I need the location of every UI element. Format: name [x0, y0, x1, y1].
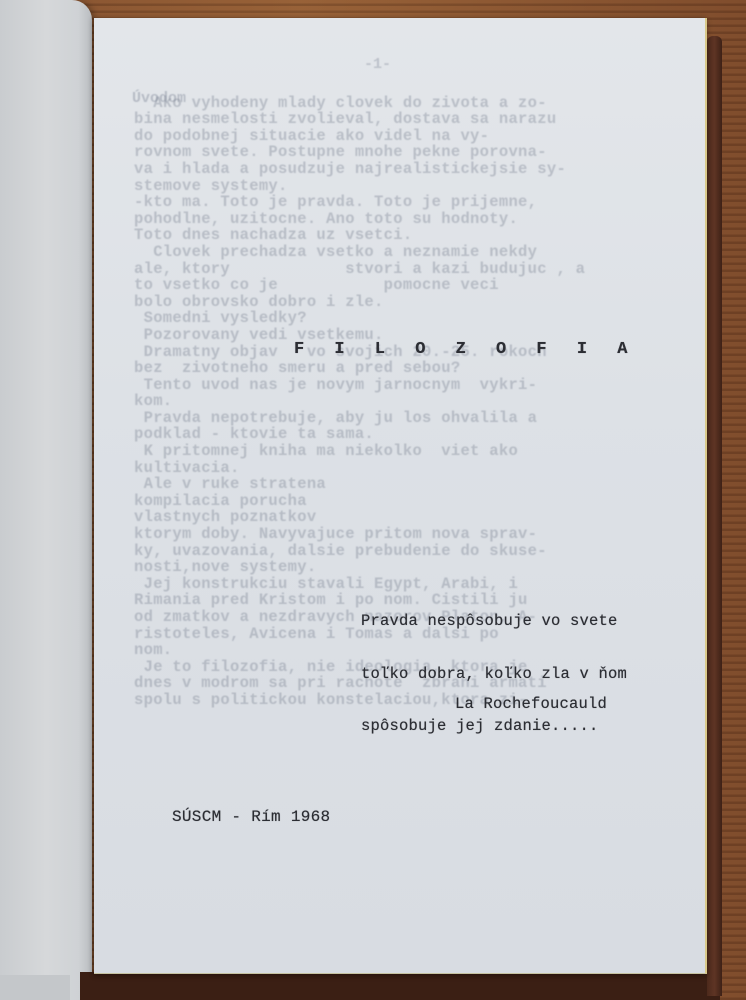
document-title: F I L O Z O F I A	[294, 340, 637, 359]
bleed-through-line: podklad - ktovie ta sama.	[134, 426, 694, 443]
bleed-through-line: to vsetko co je pomocne veci	[134, 277, 694, 294]
bleed-through-line: -kto ma. Toto je pravda. Toto je prijemn…	[134, 194, 694, 211]
epigraph: Pravda nespôsobuje vo svete toľko dobra,…	[361, 578, 627, 771]
epigraph-line: toľko dobra, koľko zla v ňom	[361, 666, 627, 684]
bleed-through-line: ale, ktory stvori a kazi budujuc , a	[134, 261, 694, 278]
bleed-through-line	[134, 78, 694, 95]
bleed-through-line: Clovek prechadza vsetko a neznamie nekdy	[134, 244, 694, 261]
document-page: -1- Úvodom Ako vyhodeny mlady clovek do …	[94, 18, 707, 974]
bleed-through-line: rovnom svete. Postupne mnohe pekne porov…	[134, 144, 694, 161]
bleed-through-line: Tento uvod nas je novym jarnocnym vykri-	[134, 377, 694, 394]
bleed-through-line: kompilacia porucha	[134, 493, 694, 510]
previous-page-corner	[0, 975, 70, 1000]
bleed-through-line: Pravda nepotrebuje, aby ju los ohvalila …	[134, 410, 694, 427]
bleed-through-line: bez zivotneho smeru a pred sebou?	[134, 360, 694, 377]
bleed-through-line: Ale v ruke stratena	[134, 476, 694, 493]
bleed-through-line: bina nesmelosti zvolieval, dostava sa na…	[134, 111, 694, 128]
epigraph-line: spôsobuje jej zdanie.....	[361, 718, 627, 736]
book-cover-edge	[707, 36, 722, 996]
bleed-through-line: stemove systemy.	[134, 178, 694, 195]
bleed-through-line: kultivacia.	[134, 460, 694, 477]
imprint: SÚSCM - Rím 1968	[172, 808, 330, 826]
bleed-through-line: Somedni vysledky?	[134, 310, 694, 327]
bleed-through-line: ktorym doby. Navyvajuce pritom nova spra…	[134, 526, 694, 543]
bleed-through-line: kom.	[134, 393, 694, 410]
bleed-through-line: va i hlada a posudzuje najrealistickejsi…	[134, 161, 694, 178]
bleed-through-line: K pritomnej kniha ma niekolko viet ako	[134, 443, 694, 460]
epigraph-line: Pravda nespôsobuje vo svete	[361, 613, 627, 631]
bleed-through-line: pohodlne, uzitocne. Ano toto su hodnoty.	[134, 211, 694, 228]
previous-page-edge	[0, 0, 92, 1000]
bleed-through-line: nosti,nove systemy.	[134, 559, 694, 576]
bleed-through-page-number: -1-	[364, 56, 391, 73]
bleed-through-line: Ako vyhodeny mlady clovek do zivota a zo…	[134, 95, 694, 112]
bleed-through-line: ky, uvazovania, dalsie prebudenie do sku…	[134, 543, 694, 560]
book-cover-bottom	[80, 972, 720, 1000]
bleed-through-line: vlastnych poznatkov	[134, 509, 694, 526]
bleed-through-line: bolo obrovsko dobro i zle.	[134, 294, 694, 311]
bleed-through-line: do podobnej situacie ako videl na vy-	[134, 128, 694, 145]
epigraph-author: La Rochefoucauld	[455, 695, 607, 713]
bleed-through-line: Toto dnes nachadza uz vsetci.	[134, 227, 694, 244]
